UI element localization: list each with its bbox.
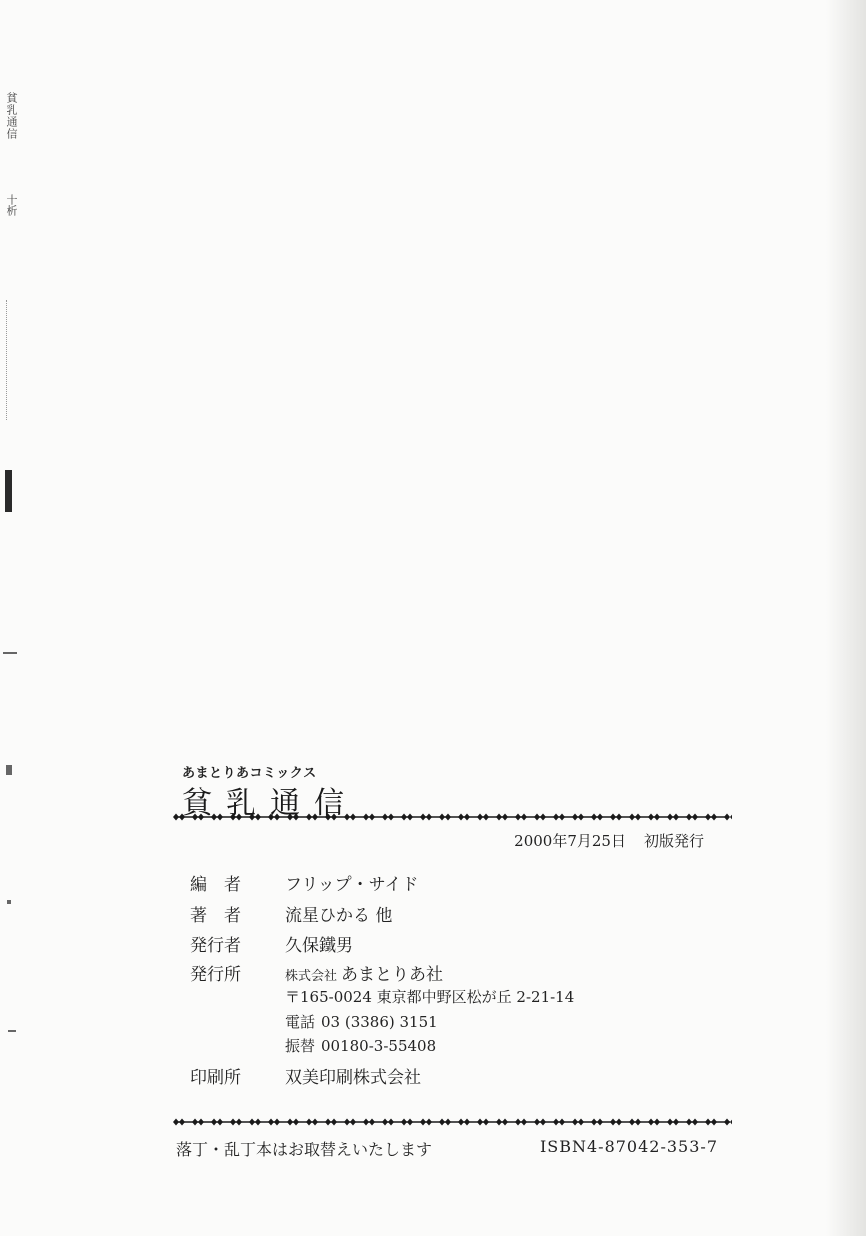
- spine-dotted-line: [6, 300, 7, 420]
- spine-scan-mark: [3, 652, 17, 654]
- transfer-number: 00180-3-55408: [321, 1037, 436, 1055]
- spine-black-mark: [5, 470, 12, 512]
- credit-value: 流星ひかる 他: [285, 901, 392, 926]
- credit-value: 久保鐵男: [285, 931, 353, 956]
- publisher-phone: 電話03 (3386) 3151: [285, 1011, 438, 1032]
- credit-label: 著 者: [190, 901, 285, 926]
- transfer-label: 振替: [285, 1035, 321, 1056]
- spine-title: 貧乳通信: [4, 92, 18, 140]
- spine-subtext: 十析: [4, 194, 18, 216]
- spine-margin: 貧乳通信 十析: [0, 0, 22, 1236]
- credit-printer: 印刷所双美印刷株式会社: [190, 1063, 421, 1088]
- credit-publisher-company: 発行所株式会社あまとりあ社: [190, 960, 443, 985]
- credit-author: 著 者流星ひかる 他: [190, 901, 392, 926]
- replacement-notice: 落丁・乱丁本はお取替えいたします: [176, 1137, 432, 1160]
- spine-scan-mark: [6, 765, 12, 775]
- phone-label: 電話: [285, 1011, 321, 1032]
- credit-editor: 編 者フリップ・サイド: [190, 870, 418, 895]
- credit-label: 発行所: [190, 960, 285, 985]
- credit-label: 編 者: [190, 870, 285, 895]
- page-edge-shadow: [826, 0, 866, 1236]
- bottom-diamond-divider: [172, 1117, 732, 1127]
- company-type: 株式会社: [285, 969, 337, 984]
- publication-date-line: 2000年7月25日初版発行: [514, 830, 704, 851]
- credit-value: フリップ・サイド: [285, 870, 418, 895]
- publication-date: 2000年7月25日: [514, 832, 626, 850]
- credit-value: 双美印刷株式会社: [285, 1063, 421, 1088]
- credit-value: あまとりあ社: [341, 960, 443, 985]
- publisher-address: 〒165-0024 東京都中野区松が丘 2-21-14: [285, 986, 574, 1007]
- credit-label: 印刷所: [190, 1063, 285, 1088]
- credit-label: 発行者: [190, 931, 285, 956]
- spine-scan-mark: [8, 1030, 16, 1032]
- publisher-transfer: 振替00180-3-55408: [285, 1035, 436, 1056]
- phone-number: 03 (3386) 3151: [321, 1013, 438, 1031]
- edition-label: 初版発行: [644, 832, 704, 850]
- top-diamond-divider: [172, 812, 732, 822]
- spine-scan-mark: [7, 900, 11, 904]
- isbn: ISBN4-87042-353-7: [540, 1137, 718, 1156]
- credit-publisher-person: 発行者久保鐵男: [190, 931, 353, 956]
